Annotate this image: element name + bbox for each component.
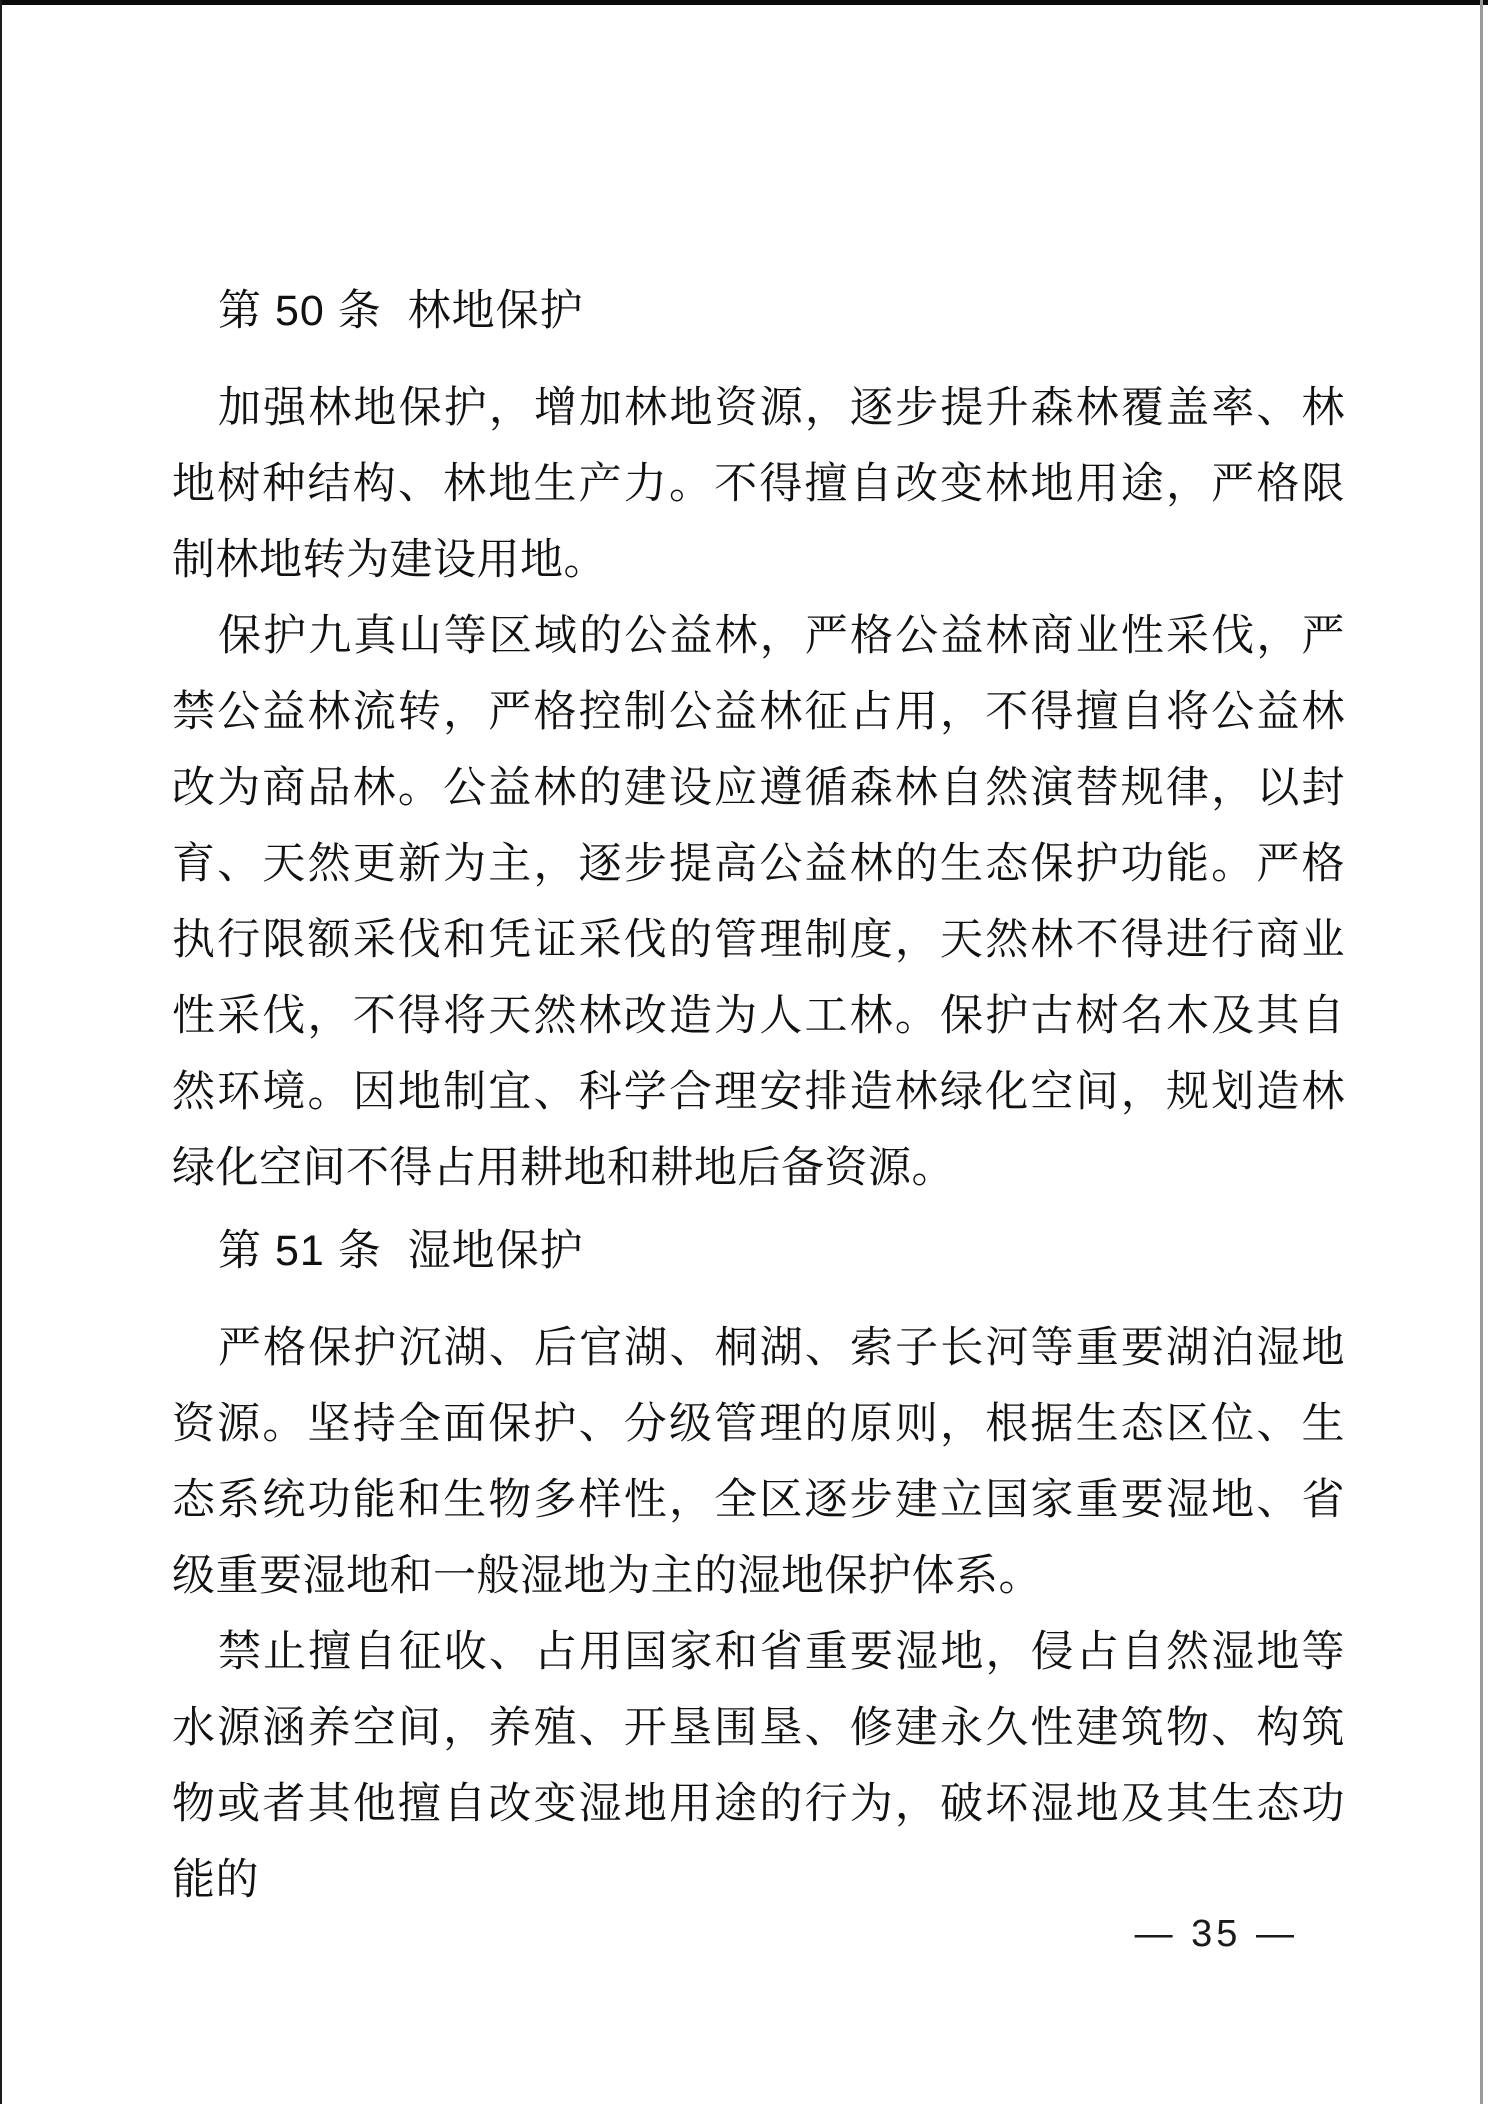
article-50-paragraph-1: 加强林地保护，增加林地资源，逐步提升森林覆盖率、林地树种结构、林地生产力。不得擅…: [172, 370, 1345, 598]
article-50-paragraph-2: 保护九真山等区域的公益林，严格公益林商业性采伐，严禁公益林流转，严格控制公益林征…: [172, 598, 1345, 1206]
scanned-document-page: { "document": { "page_number": "— 35 —",…: [0, 0, 1488, 2104]
article-51-paragraph-2: 禁止擅自征收、占用国家和省重要湿地，侵占自然湿地等水源涵养空间，养殖、开垦围垦、…: [172, 1614, 1345, 1918]
article-51-paragraph-1: 严格保护沉湖、后官湖、桐湖、索子长河等重要湖泊湿地资源。坚持全面保护、分级管理的…: [172, 1310, 1345, 1614]
page-number: — 35 —: [1135, 1912, 1298, 1956]
scan-edge-right: [1480, 0, 1483, 2104]
article-51-heading: 第 51 条 湿地保护: [218, 1226, 1345, 1276]
scan-edge-left: [0, 0, 2, 2104]
article-50-heading: 第 50 条 林地保护: [218, 286, 1345, 336]
document-content: 第 50 条 林地保护 加强林地保护，增加林地资源，逐步提升森林覆盖率、林地树种…: [172, 0, 1345, 1918]
